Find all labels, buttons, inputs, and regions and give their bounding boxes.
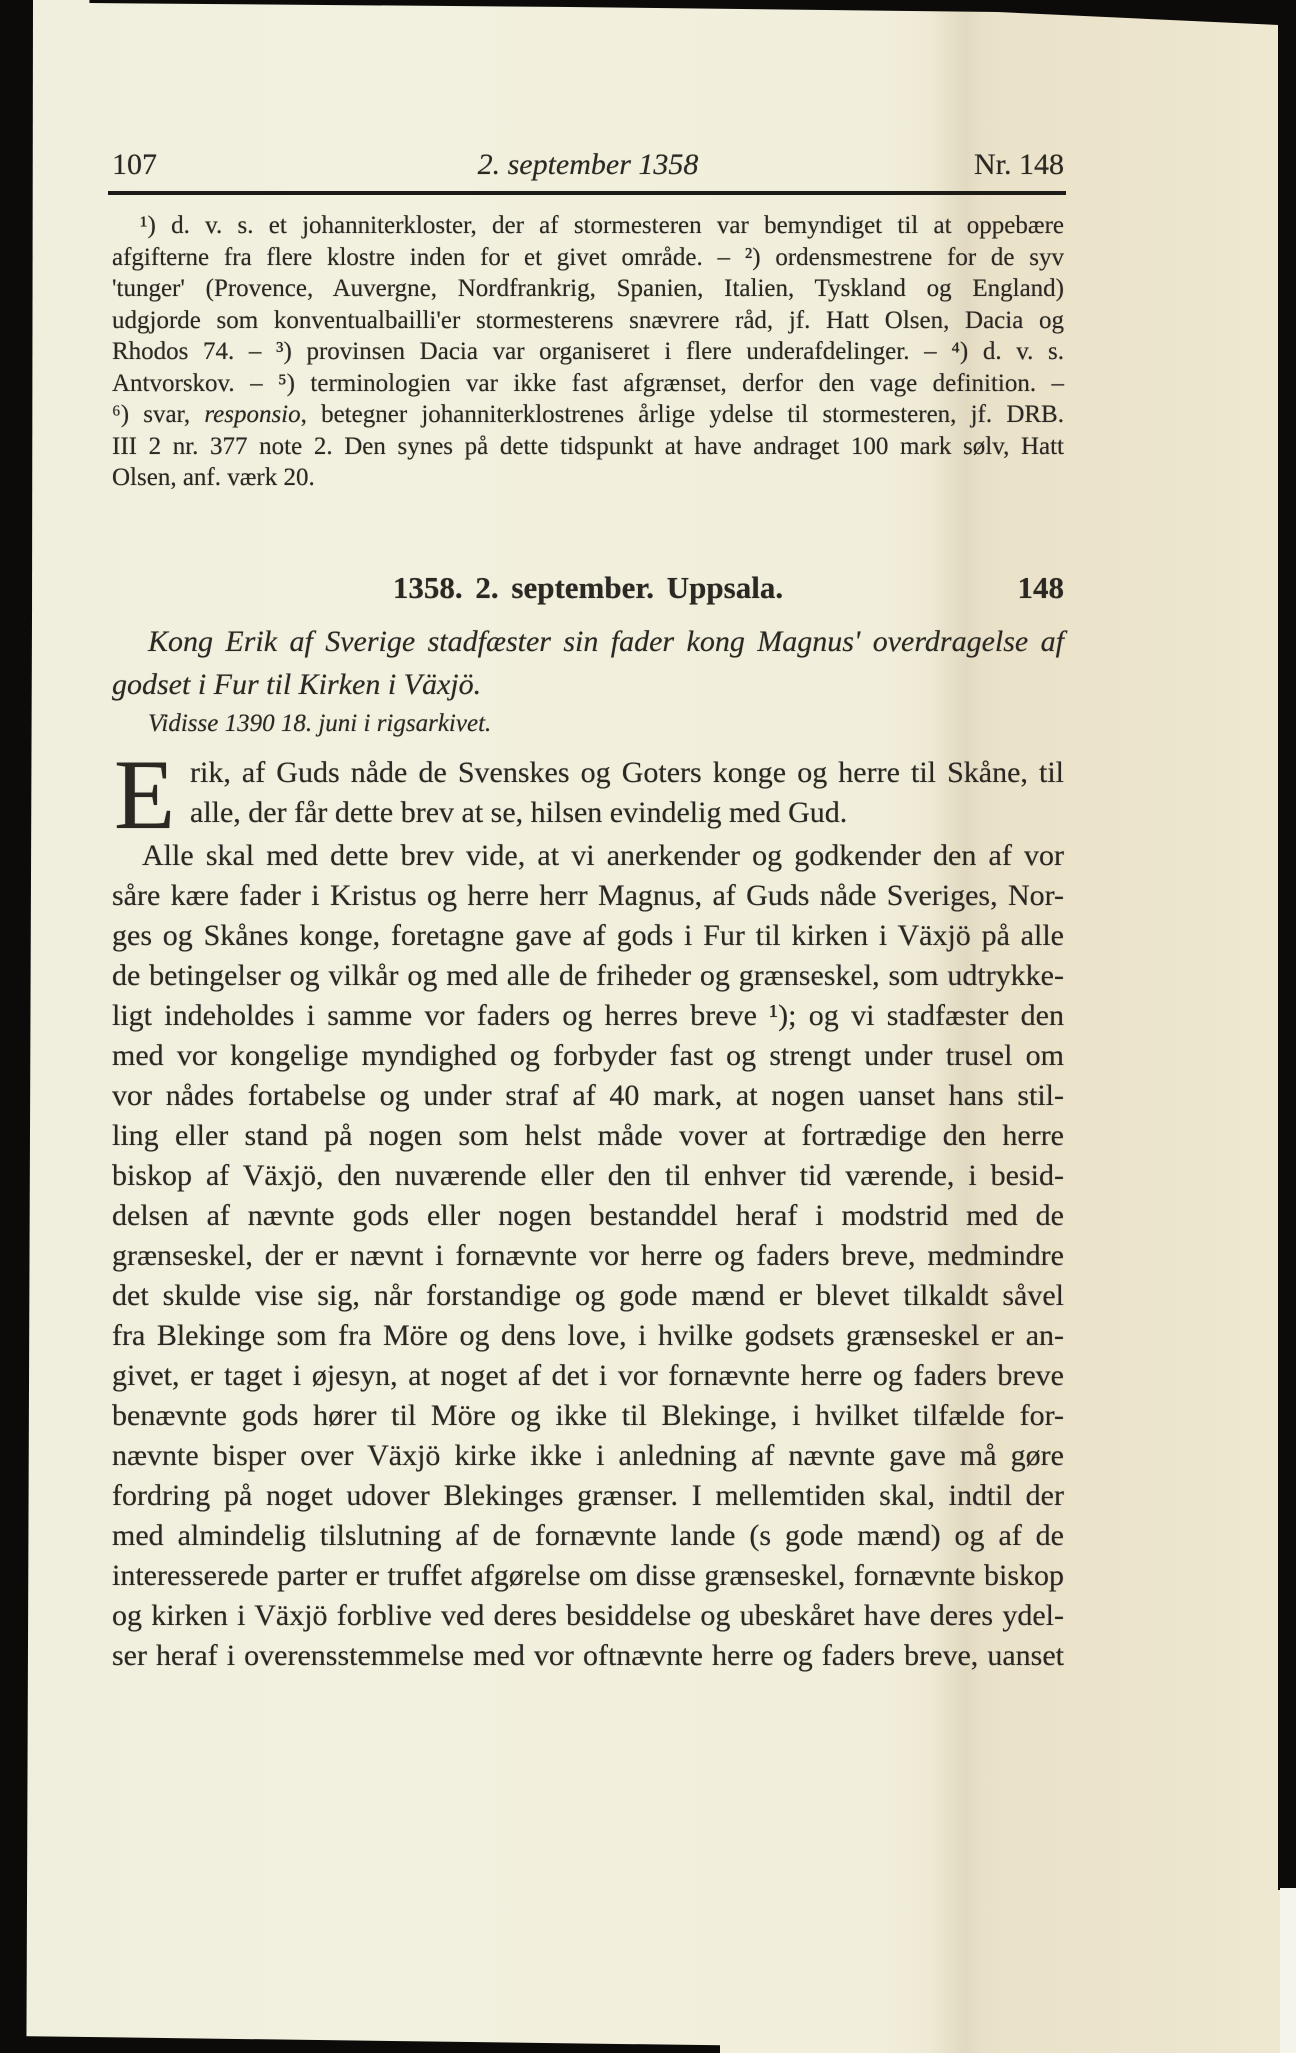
body-paragraph: Alle skal med dette brev vide, at vi ane…: [112, 836, 1064, 1676]
text-line: delsen af nævnte gods eller nogen bestan…: [112, 1196, 1064, 1236]
text-line: Kong Erik af Sverige stadfæster sin fade…: [112, 620, 1064, 663]
text-line: grænseskel, der er nævnt i fornævnte vor…: [112, 1236, 1064, 1276]
text-line: benævnte gods hører til Möre og ikke til…: [112, 1396, 1064, 1436]
text-line: ¹) d. v. s. et johanniterkloster, der af…: [112, 210, 1064, 242]
text-line: Alle skal med dette brev vide, at vi ane…: [112, 836, 1064, 876]
text-line: biskop af Växjö, den nuværende eller den…: [112, 1156, 1064, 1196]
text-line: afgifterne fra flere klostre inden for e…: [112, 242, 1064, 274]
entry-heading: 1358. 2. september. Uppsala.: [112, 570, 1064, 606]
text-line: udgjorde som konventualbailli'er stormes…: [112, 305, 1064, 337]
opening-lines: rik, af Guds nåde de Svenskes og Goters …: [112, 753, 1064, 833]
text-line: Rhodos 74. – ³) provinsen Dacia var orga…: [112, 336, 1064, 368]
page-header: 107 2. september 1358 Nr. 148: [112, 148, 1064, 184]
text-line: ⁶) svar, responsio, betegner johanniterk…: [112, 399, 1064, 431]
running-title: 2. september 1358: [112, 148, 1064, 182]
text-line: III 2 nr. 377 note 2. Den synes på dette…: [112, 431, 1064, 463]
drop-cap-initial: E: [114, 759, 176, 837]
text-line: med almindelig tilslutning af de fornævn…: [112, 1516, 1064, 1556]
text-line: Antvorskov. – ⁵) terminologien var ikke …: [112, 368, 1064, 400]
text-line: fra Blekinge som fra Möre og dens love, …: [112, 1316, 1064, 1356]
opening-paragraph: E rik, af Guds nåde de Svenskes og Goter…: [112, 753, 1064, 837]
text-line: de betingelser og vilkår og med alle de …: [112, 956, 1064, 996]
header-rule: [108, 191, 1066, 195]
text-line: Olsen, anf. værk 20.: [112, 462, 1064, 494]
text-line: rik, af Guds nåde de Svenskes og Goters …: [112, 753, 1064, 793]
document-number-label: Nr. 148: [974, 148, 1064, 182]
scanned-page: 107 2. september 1358 Nr. 148 ¹) d. v. s…: [0, 0, 1296, 2053]
text-line: det skulde vise sig, når forstandige og …: [112, 1276, 1064, 1316]
text-line: ges og Skånes konge, foretagne gave af g…: [112, 916, 1064, 956]
text-line: såre kære fader i Kristus og herre herr …: [112, 876, 1064, 916]
scan-artifact-bottom-right-corner: [1280, 1888, 1296, 2053]
text-line: vor nådes fortabelse og under straf af 4…: [112, 1076, 1064, 1116]
text-line: ser heraf i overensstemmelse med vor oft…: [112, 1636, 1064, 1676]
footnotes-block: ¹) d. v. s. et johanniterkloster, der af…: [112, 210, 1064, 494]
text-line: interesserede parter er truffet afgørels…: [112, 1556, 1064, 1596]
text-line: givet, er taget i øjesyn, at noget af de…: [112, 1356, 1064, 1396]
text-line: ligt indeholdes i samme vor faders og he…: [112, 996, 1064, 1036]
source-note: Vidisse 1390 18. juni i rigsarkivet.: [148, 710, 491, 738]
text-line: og kirken i Växjö forblive ved deres bes…: [112, 1596, 1064, 1636]
entry-heading-row: 1358. 2. september. Uppsala. 148: [112, 570, 1064, 610]
text-line: nævnte bisper over Växjö kirke ikke i an…: [112, 1436, 1064, 1476]
entry-number: 148: [1018, 570, 1065, 606]
text-line: med vor kongelige myndighed og forbyder …: [112, 1036, 1064, 1076]
text-line: fordring på noget udover Blekinges græns…: [112, 1476, 1064, 1516]
entry-summary: Kong Erik af Sverige stadfæster sin fade…: [112, 620, 1064, 706]
text-line: ling eller stand på nogen som helst måde…: [112, 1116, 1064, 1156]
scan-artifact-right-bar: [1278, 0, 1296, 1890]
text-line: 'tunger' (Provence, Auvergne, Nordfrankr…: [112, 273, 1064, 305]
text-line: godset i Fur til Kirken i Växjö.: [112, 663, 1064, 706]
text-line: alle, der får dette brev at se, hilsen e…: [112, 793, 1064, 833]
